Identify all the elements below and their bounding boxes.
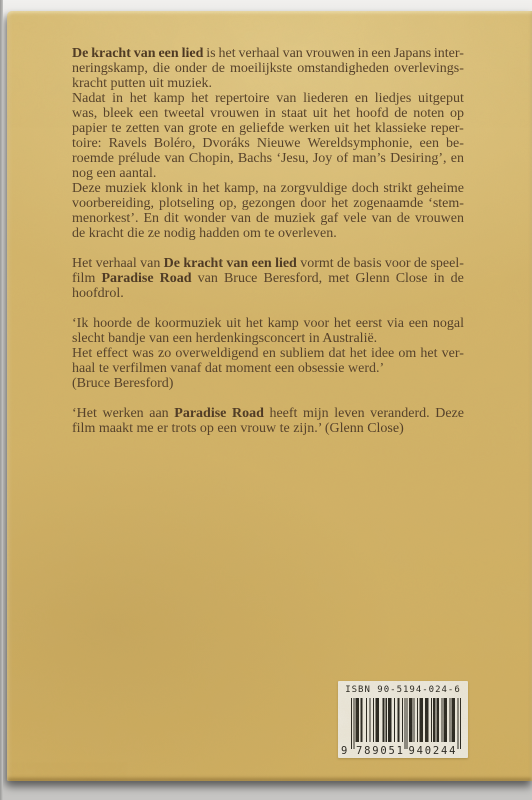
blurb-line: Dekrachtvaneenliedishetverhaalvanvrouwen… <box>72 46 464 61</box>
blurb-line: Dezemuziekklonkinhetkamp,nazorgvuldigedo… <box>72 181 464 196</box>
barcode-digits-left: 789051 <box>356 746 405 757</box>
blurb-line: roemdepréludevanChopin,Bachs‘Jesu,Joyofm… <box>72 151 464 166</box>
blurb-line: ‘HetwerkenaanParadiseRoadheeftmijnlevenv… <box>72 406 464 421</box>
blurb-paragraph: HetverhaalvanDekrachtvaneenliedvormtdeba… <box>72 256 464 301</box>
blurb-line: menorkest’.Enditwondervandemuziekgafvele… <box>72 211 464 226</box>
blurb-line: filmParadiseRoadvanBruceBeresford,metGle… <box>72 271 464 286</box>
blurb-paragraph: Dekrachtvaneenliedishetverhaalvanvrouwen… <box>72 46 464 241</box>
blurb-line: Nadatinhetkamphetrepertoirevanliederenen… <box>72 91 464 106</box>
barcode-digit-first: 9 <box>341 746 347 757</box>
blurb-line: haal te verfilmen vanaf dat moment een o… <box>72 361 464 376</box>
photo-background: Dekrachtvaneenliedishetverhaalvanvrouwen… <box>0 0 532 800</box>
blurb-line: (Bruce Beresford) <box>72 376 464 391</box>
blurb-line: HetverhaalvanDekrachtvaneenliedvormtdeba… <box>72 256 464 271</box>
blurb-line: hoofdrol. <box>72 286 464 301</box>
blurb-line: toire:RavelsBoléro,DvoráksNieuweWereldsy… <box>72 136 464 151</box>
blurb-line: ‘Ikhoordedekoormuziekuithetkampvoorhetee… <box>72 316 464 331</box>
blurb-line: was,bleekeentweetalvrouweninstaatuitheth… <box>72 106 464 121</box>
blurb-line: de kracht die ze nodig hadden om te over… <box>72 226 464 241</box>
blurb-line: papiertezettenvangroteengeliefdewerkenui… <box>72 121 464 136</box>
blurb-line: neringskamp,dieonderdemoeilijksteomstand… <box>72 61 464 76</box>
isbn-number-text: ISBN 90-5194-024-6 <box>338 685 468 695</box>
blurb-line: nog een aantal. <box>72 166 464 181</box>
book-back-cover: Dekrachtvaneenliedishetverhaalvanvrouwen… <box>7 11 532 781</box>
blurb-paragraph: ‘HetwerkenaanParadiseRoadheeftmijnlevenv… <box>72 406 464 436</box>
blurb-paragraph: ‘Ikhoordedekoormuziekuithetkampvoorhetee… <box>72 316 464 391</box>
blurb-line: kracht putten uit muziek. <box>72 76 464 91</box>
barcode-digits-right: 940244 <box>409 746 458 757</box>
back-cover-blurb: Dekrachtvaneenliedishetverhaalvanvrouwen… <box>72 46 464 451</box>
blurb-line: Heteffectwaszooverweldigendensubliemdath… <box>72 346 464 361</box>
blurb-line: film maakt me er trots op een vrouw te z… <box>72 421 464 436</box>
ean-barcode <box>351 698 461 749</box>
isbn-barcode-label: ISBN 90-5194-024-6 9 789051 940244 <box>338 681 468 758</box>
blurb-line: voorbereiding,plotselingop,gezongendoorh… <box>72 196 464 211</box>
blurb-line: slecht bandje van een herdenkingsconcert… <box>72 331 464 346</box>
